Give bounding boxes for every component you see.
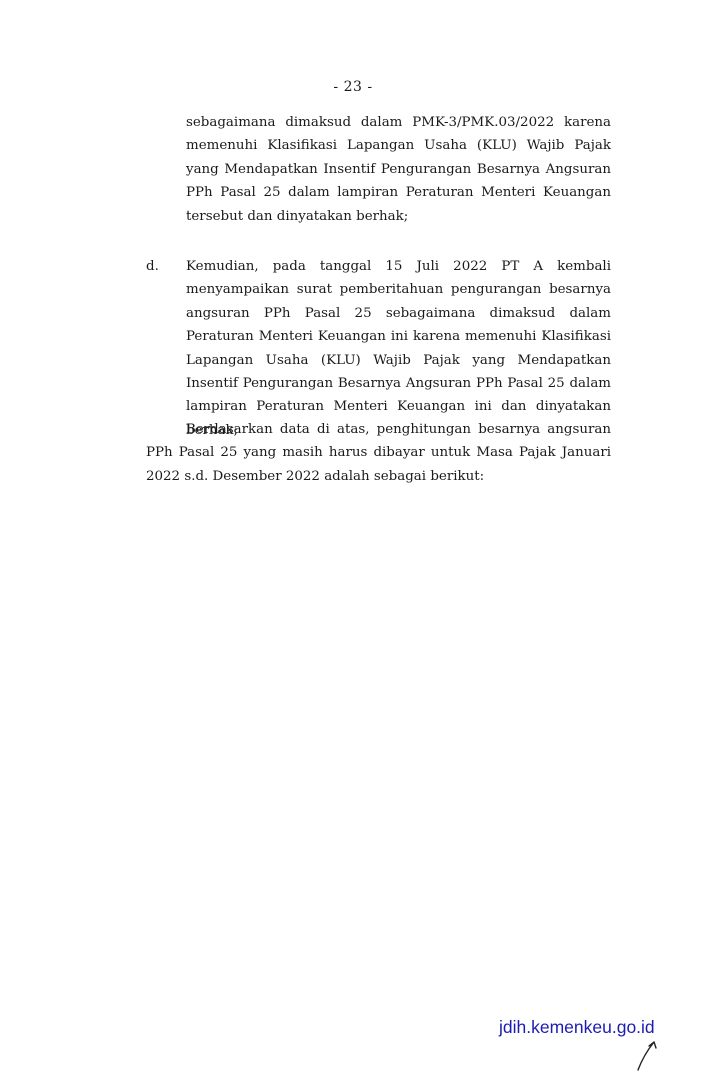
list-marker: d. bbox=[146, 255, 159, 278]
summary-paragraph: Berdasarkan data di atas, penghitungan b… bbox=[146, 418, 611, 488]
jdih-link[interactable]: jdih.kemenkeu.go.id bbox=[499, 1017, 655, 1038]
page-number: - 23 - bbox=[0, 79, 706, 95]
list-item-text: Kemudian, pada tanggal 15 Juli 2022 PT A… bbox=[186, 255, 611, 442]
list-item-d: d. Kemudian, pada tanggal 15 Juli 2022 P… bbox=[146, 255, 611, 442]
continuation-text: sebagaimana dimaksud dalam PMK-3/PMK.03/… bbox=[186, 111, 611, 228]
summary-text: Berdasarkan data di atas, penghitungan b… bbox=[146, 418, 611, 488]
continuation-paragraph: sebagaimana dimaksud dalam PMK-3/PMK.03/… bbox=[186, 111, 611, 228]
signature-mark-icon bbox=[632, 1036, 662, 1072]
